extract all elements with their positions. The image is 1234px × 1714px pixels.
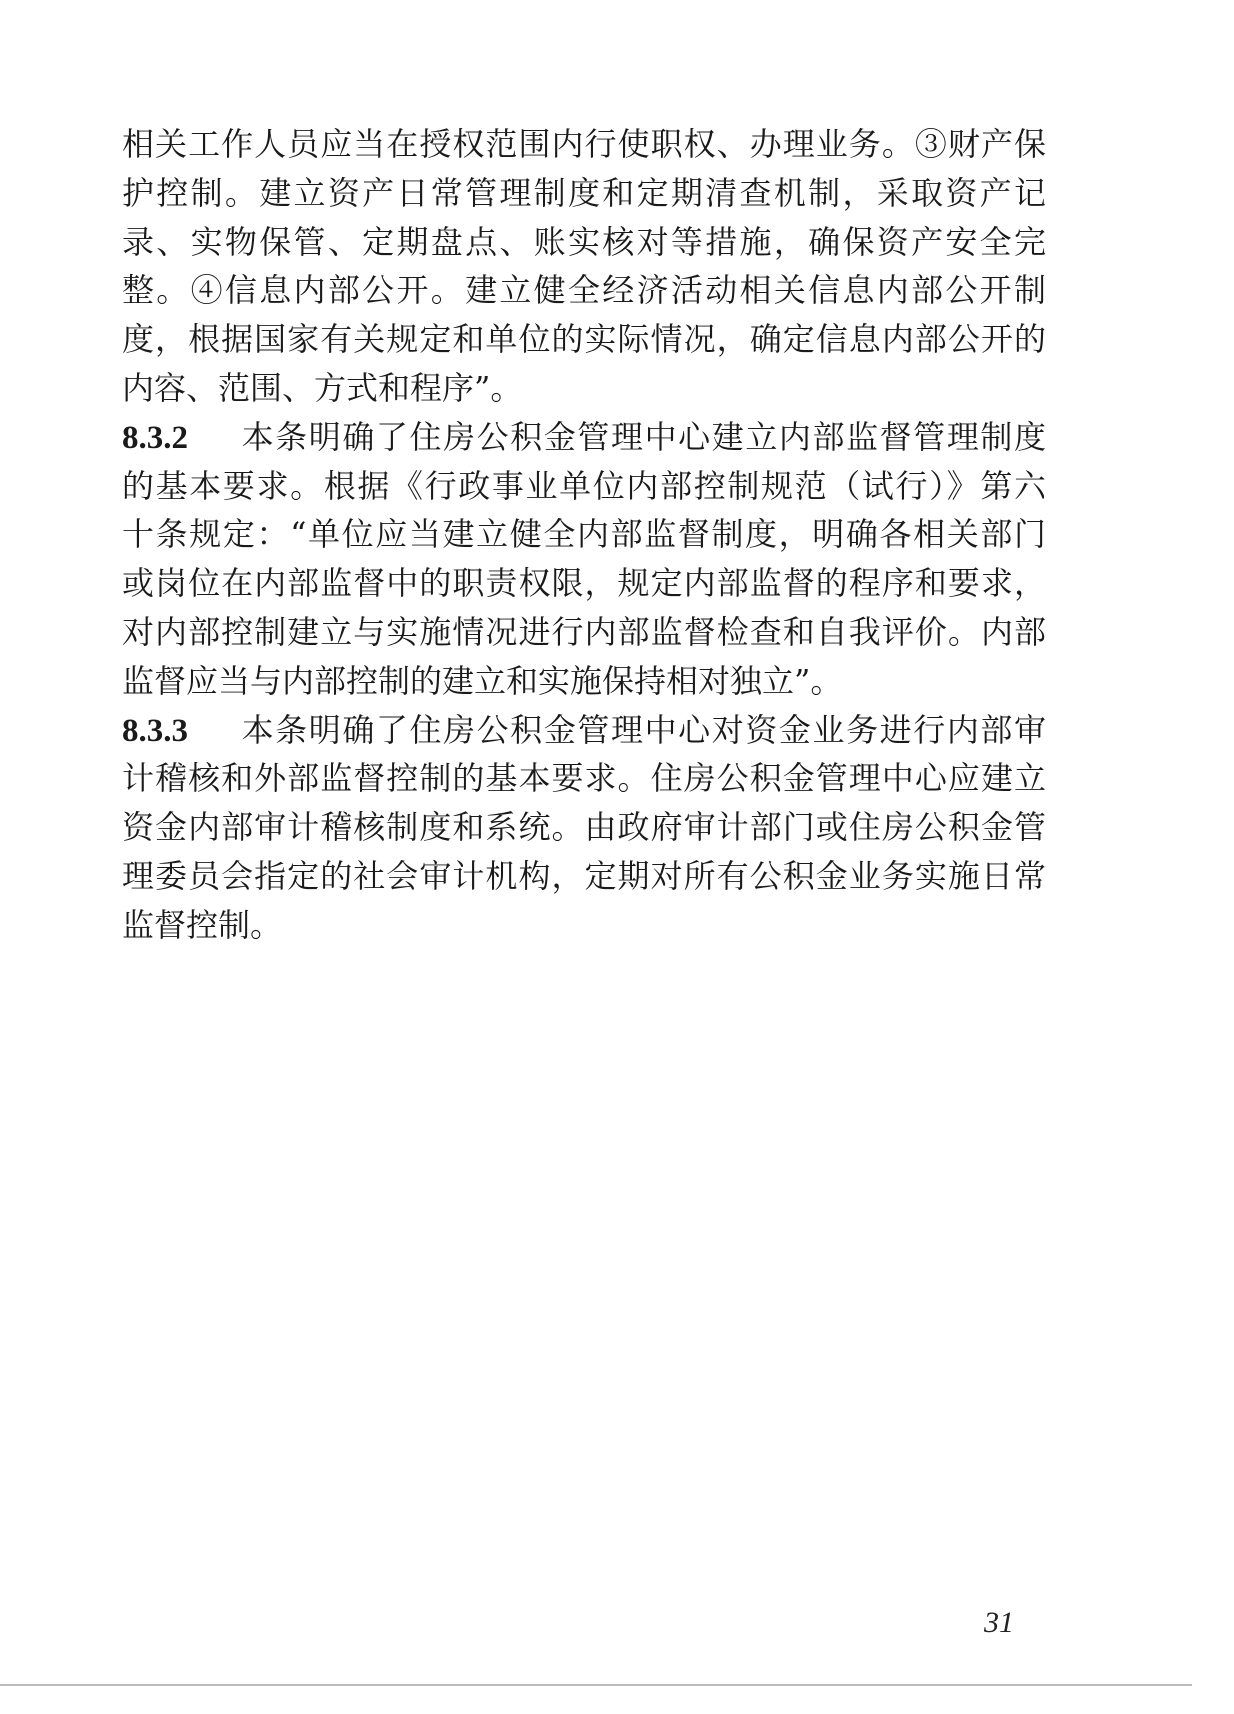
line-text: 理委员会指定的社会审计机构，定期对所有公积金业务实施日常	[122, 857, 1046, 895]
line-text: 相关工作人员应当在授权范围内行使职权、办理业务。③财产保	[122, 125, 1046, 163]
line-text: 监督应当与内部控制的建立和实施保持相对独立”。	[122, 662, 842, 700]
line-text: 或岗位在内部监督中的职责权限，规定内部监督的程序和要求，	[122, 564, 1046, 602]
text-line: 相关工作人员应当在授权范围内行使职权、办理业务。③财产保	[122, 120, 1046, 169]
line-text: 监督控制。	[122, 906, 282, 944]
text-line: 理委员会指定的社会审计机构，定期对所有公积金业务实施日常	[122, 852, 1046, 901]
line-text: 整。④信息内部公开。建立健全经济活动相关信息内部公开制	[122, 271, 1046, 309]
clause-line-8-3-2: 8.3.2本条明确了住房公积金管理中心建立内部监督管理制度	[122, 413, 1046, 462]
clause-number: 8.3.3	[122, 707, 240, 756]
text-line: 的基本要求。根据《行政事业单位内部控制规范（试行）》第六	[122, 462, 1046, 511]
text-line: 度，根据国家有关规定和单位的实际情况，确定信息内部公开的	[122, 315, 1046, 364]
line-text: 护控制。建立资产日常管理制度和定期清查机制，采取资产记	[122, 174, 1046, 212]
text-line: 监督控制。	[122, 901, 1046, 950]
text-line: 监督应当与内部控制的建立和实施保持相对独立”。	[122, 657, 1046, 706]
clause-line-8-3-3: 8.3.3本条明确了住房公积金管理中心对资金业务进行内部审	[122, 706, 1046, 755]
line-text: 的基本要求。根据《行政事业单位内部控制规范（试行）》第六	[122, 467, 1046, 505]
page-divider	[0, 1684, 1192, 1686]
line-text: 本条明确了住房公积金管理中心建立内部监督管理制度	[240, 418, 1046, 456]
clause-number: 8.3.2	[122, 414, 240, 463]
text-line: 录、实物保管、定期盘点、账实核对等措施，确保资产安全完	[122, 218, 1046, 267]
line-text: 度，根据国家有关规定和单位的实际情况，确定信息内部公开的	[122, 320, 1046, 358]
line-text: 十条规定：“单位应当建立健全内部监督制度，明确各相关部门	[122, 515, 1046, 553]
line-text: 计稽核和外部监督控制的基本要求。住房公积金管理中心应建立	[122, 759, 1046, 797]
line-text: 内容、范围、方式和程序”。	[122, 369, 522, 407]
body-text: 相关工作人员应当在授权范围内行使职权、办理业务。③财产保 护控制。建立资产日常管…	[122, 120, 1046, 950]
text-line: 计稽核和外部监督控制的基本要求。住房公积金管理中心应建立	[122, 754, 1046, 803]
line-text: 录、实物保管、定期盘点、账实核对等措施，确保资产安全完	[122, 223, 1046, 261]
page-number: 31	[984, 1606, 1014, 1640]
line-text: 对内部控制建立与实施情况进行内部监督检查和自我评价。内部	[122, 613, 1046, 651]
text-line: 对内部控制建立与实施情况进行内部监督检查和自我评价。内部	[122, 608, 1046, 657]
line-text: 本条明确了住房公积金管理中心对资金业务进行内部审	[240, 711, 1046, 749]
text-line: 或岗位在内部监督中的职责权限，规定内部监督的程序和要求，	[122, 559, 1046, 608]
text-line: 十条规定：“单位应当建立健全内部监督制度，明确各相关部门	[122, 510, 1046, 559]
line-text: 资金内部审计稽核制度和系统。由政府审计部门或住房公积金管	[122, 808, 1046, 846]
text-line: 整。④信息内部公开。建立健全经济活动相关信息内部公开制	[122, 266, 1046, 315]
text-line: 资金内部审计稽核制度和系统。由政府审计部门或住房公积金管	[122, 803, 1046, 852]
document-page: 相关工作人员应当在授权范围内行使职权、办理业务。③财产保 护控制。建立资产日常管…	[0, 0, 1234, 1714]
text-line: 护控制。建立资产日常管理制度和定期清查机制，采取资产记	[122, 169, 1046, 218]
text-line: 内容、范围、方式和程序”。	[122, 364, 1046, 413]
